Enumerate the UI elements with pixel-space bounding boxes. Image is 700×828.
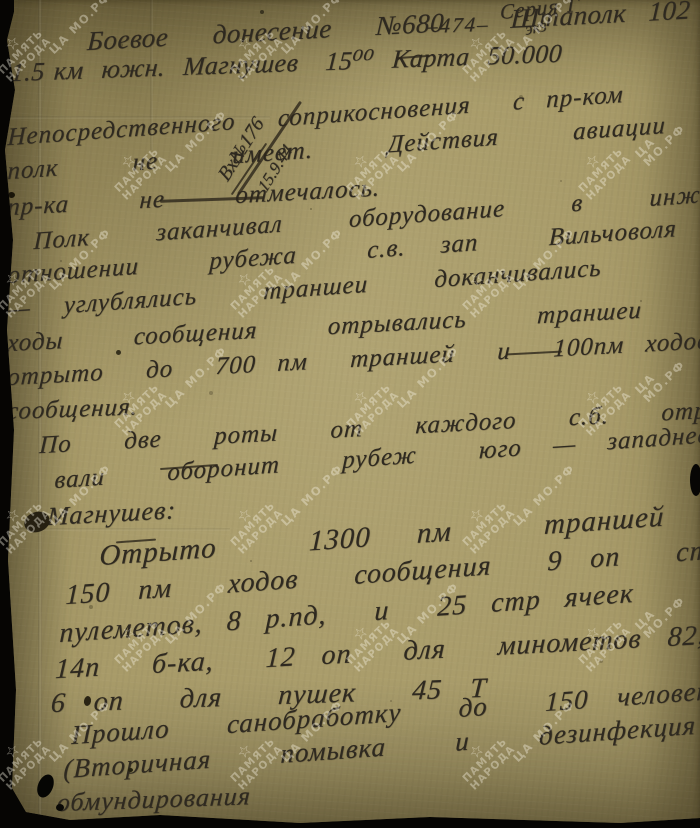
watermark-tsamo: ЦА МО.РФ <box>511 462 577 528</box>
watermark-pamyat-naroda: ☆ПАМЯТЬНАРОДА <box>334 607 401 674</box>
watermark-text: ЦА МО.РФ <box>163 344 229 410</box>
star-icon: ☆ <box>234 33 255 54</box>
watermark-pamyat-naroda: ☆ПАМЯТЬНАРОДА <box>566 371 633 438</box>
watermark-text: НАРОДА <box>121 390 170 439</box>
watermark-text: ПАМЯТЬ <box>461 28 510 77</box>
watermark-text: ПАМЯТЬ <box>577 382 626 431</box>
watermark-pamyat-naroda: ☆ПАМЯТЬНАРОДА <box>102 607 169 674</box>
watermark-pamyat-naroda: ☆ПАМЯТЬНАРОДА <box>334 371 401 438</box>
watermark-text: ПАМЯТЬ <box>577 146 626 195</box>
watermark-tsamo: ЦА МО.РФ <box>47 0 113 56</box>
watermark-pamyat-naroda: ☆ПАМЯТЬНАРОДА <box>566 607 633 674</box>
watermark-text: ПАМЯТЬ <box>229 264 278 313</box>
watermark-tsamo: ЦА МО.РФ <box>279 698 345 764</box>
watermark-tsamo: ЦА МО.РФ <box>633 114 688 169</box>
watermark-text: НАРОДА <box>469 744 518 793</box>
watermark-pamyat-naroda: ☆ПАМЯТЬНАРОДА <box>0 489 54 556</box>
watermark-text: ЦА МО.РФ <box>47 0 113 56</box>
watermark-pamyat-naroda: ☆ПАМЯТЬНАРОДА <box>450 489 517 556</box>
watermark-text: ЦА МО.РФ <box>47 462 113 528</box>
watermark-pamyat-naroda: ☆ПАМЯТЬНАРОДА <box>0 725 54 792</box>
watermark-text: НАРОДА <box>237 508 286 557</box>
watermark-text: ЦА МО.РФ <box>395 344 461 410</box>
watermark-text: ЦА МО.РФ <box>633 586 688 641</box>
watermark-text: НАРОДА <box>5 744 54 793</box>
watermark-text: ЦА МО.РФ <box>279 0 345 56</box>
watermark-tsamo: ЦА МО.РФ <box>395 580 461 646</box>
star-icon: ☆ <box>234 505 255 526</box>
watermark-pamyat-naroda: ☆ПАМЯТЬНАРОДА <box>450 253 517 320</box>
watermark-text: НАРОДА <box>469 272 518 321</box>
watermark-text: НАРОДА <box>121 154 170 203</box>
watermark-text: ПАМЯТЬ <box>345 382 394 431</box>
watermark-tsamo: ЦА МО.РФ <box>279 226 345 292</box>
watermark-tsamo: ЦА МО.РФ <box>163 580 229 646</box>
star-icon: ☆ <box>118 387 139 408</box>
star-icon: ☆ <box>582 623 603 644</box>
star-icon: ☆ <box>466 741 487 762</box>
watermark-tsamo: ЦА МО.РФ <box>511 698 577 764</box>
watermark-tsamo: ЦА МО.РФ <box>163 108 229 174</box>
watermark-text: ЦА МО.РФ <box>633 114 688 169</box>
watermark-text: ПАМЯТЬ <box>0 264 46 313</box>
star-icon: ☆ <box>118 623 139 644</box>
watermark-tsamo: ЦА МО.РФ <box>163 344 229 410</box>
watermark-text: ПАМЯТЬ <box>345 146 394 195</box>
watermark-text: НАРОДА <box>353 626 402 675</box>
watermark-text: ЦА МО.РФ <box>511 0 577 56</box>
watermark-text: ЦА МО.РФ <box>279 226 345 292</box>
watermark-text: НАРОДА <box>585 626 634 675</box>
watermark-pamyat-naroda: ☆ПАМЯТЬНАРОДА <box>0 253 54 320</box>
watermark-tsamo: ЦА МО.РФ <box>633 586 688 641</box>
watermark-text: ПАМЯТЬ <box>229 736 278 785</box>
watermark-text: ЦА МО.РФ <box>163 108 229 174</box>
watermark-text: НАРОДА <box>121 626 170 675</box>
watermark-tsamo: ЦА МО.РФ <box>47 226 113 292</box>
watermark-text: НАРОДА <box>585 154 634 203</box>
star-icon: ☆ <box>466 505 487 526</box>
watermark-pamyat-naroda: ☆ПАМЯТЬНАРОДА <box>102 371 169 438</box>
watermark-layer: ☆ПАМЯТЬНАРОДА☆ПАМЯТЬНАРОДА☆ПАМЯТЬНАРОДАЦ… <box>0 0 700 828</box>
watermark-text: ЦА МО.РФ <box>511 226 577 292</box>
watermark-text: ПАМЯТЬ <box>229 500 278 549</box>
star-icon: ☆ <box>350 151 371 172</box>
watermark-text: ПАМЯТЬ <box>461 500 510 549</box>
watermark-text: НАРОДА <box>353 154 402 203</box>
star-icon: ☆ <box>466 33 487 54</box>
watermark-tsamo: ЦА МО.РФ <box>279 0 345 56</box>
watermark-tsamo: ЦА МО.РФ <box>47 462 113 528</box>
watermark-text: ЦА МО.РФ <box>47 698 113 764</box>
watermark-text: НАРОДА <box>5 508 54 557</box>
watermark-text: ПАМЯТЬ <box>229 28 278 77</box>
watermark-text: ПАМЯТЬ <box>461 736 510 785</box>
star-icon: ☆ <box>234 269 255 290</box>
watermark-tsamo: ЦА МО.РФ <box>511 226 577 292</box>
star-icon: ☆ <box>582 387 603 408</box>
watermark-text: ПАМЯТЬ <box>461 264 510 313</box>
watermark-text: ЦА МО.РФ <box>279 698 345 764</box>
watermark-text: НАРОДА <box>585 390 634 439</box>
star-icon: ☆ <box>2 269 23 290</box>
star-icon: ☆ <box>118 151 139 172</box>
watermark-pamyat-naroda: ☆ПАМЯТЬНАРОДА <box>218 489 285 556</box>
star-icon: ☆ <box>2 505 23 526</box>
watermark-text: НАРОДА <box>237 36 286 85</box>
watermark-text: ЦА МО.РФ <box>395 580 461 646</box>
watermark-text: ЦА МО.РФ <box>279 462 345 528</box>
watermark-text: ПАМЯТЬ <box>345 618 394 667</box>
watermark-text: ПАМЯТЬ <box>113 618 162 667</box>
watermark-text: НАРОДА <box>5 272 54 321</box>
star-icon: ☆ <box>350 387 371 408</box>
document-scan: Вх№176 15.9.44 Серия Гэкз–474–Боевое дон… <box>0 0 700 828</box>
watermark-text: ЦА МО.РФ <box>163 580 229 646</box>
watermark-text: ПАМЯТЬ <box>0 736 46 785</box>
watermark-text: НАРОДА <box>353 390 402 439</box>
watermark-tsamo: ЦА МО.РФ <box>633 350 688 405</box>
watermark-pamyat-naroda: ☆ПАМЯТЬНАРОДА <box>0 17 54 84</box>
watermark-text: ЦА МО.РФ <box>511 698 577 764</box>
star-icon: ☆ <box>466 269 487 290</box>
watermark-pamyat-naroda: ☆ПАМЯТЬНАРОДА <box>102 135 169 202</box>
watermark-text: ПАМЯТЬ <box>113 382 162 431</box>
watermark-text: ЦА МО.РФ <box>511 462 577 528</box>
watermark-tsamo: ЦА МО.РФ <box>279 462 345 528</box>
watermark-pamyat-naroda: ☆ПАМЯТЬНАРОДА <box>334 135 401 202</box>
star-icon: ☆ <box>234 741 255 762</box>
watermark-text: НАРОДА <box>237 744 286 793</box>
star-icon: ☆ <box>2 741 23 762</box>
watermark-text: ЦА МО.РФ <box>395 108 461 174</box>
watermark-tsamo: ЦА МО.РФ <box>511 0 577 56</box>
watermark-text: ПАМЯТЬ <box>577 618 626 667</box>
watermark-pamyat-naroda: ☆ПАМЯТЬНАРОДА <box>218 253 285 320</box>
star-icon: ☆ <box>582 151 603 172</box>
watermark-tsamo: ЦА МО.РФ <box>395 108 461 174</box>
watermark-pamyat-naroda: ☆ПАМЯТЬНАРОДА <box>566 135 633 202</box>
watermark-text: ПАМЯТЬ <box>0 500 46 549</box>
watermark-text: НАРОДА <box>469 508 518 557</box>
watermark-pamyat-naroda: ☆ПАМЯТЬНАРОДА <box>218 725 285 792</box>
watermark-text: ПАМЯТЬ <box>113 146 162 195</box>
watermark-tsamo: ЦА МО.РФ <box>47 698 113 764</box>
star-icon: ☆ <box>2 33 23 54</box>
watermark-text: НАРОДА <box>5 36 54 85</box>
watermark-pamyat-naroda: ☆ПАМЯТЬНАРОДА <box>218 17 285 84</box>
watermark-pamyat-naroda: ☆ПАМЯТЬНАРОДА <box>450 17 517 84</box>
watermark-pamyat-naroda: ☆ПАМЯТЬНАРОДА <box>450 725 517 792</box>
watermark-text: ПАМЯТЬ <box>0 28 46 77</box>
watermark-tsamo: ЦА МО.РФ <box>395 344 461 410</box>
watermark-text: НАРОДА <box>469 36 518 85</box>
watermark-text: ЦА МО.РФ <box>47 226 113 292</box>
watermark-text: ЦА МО.РФ <box>633 350 688 405</box>
watermark-text: НАРОДА <box>237 272 286 321</box>
star-icon: ☆ <box>350 623 371 644</box>
